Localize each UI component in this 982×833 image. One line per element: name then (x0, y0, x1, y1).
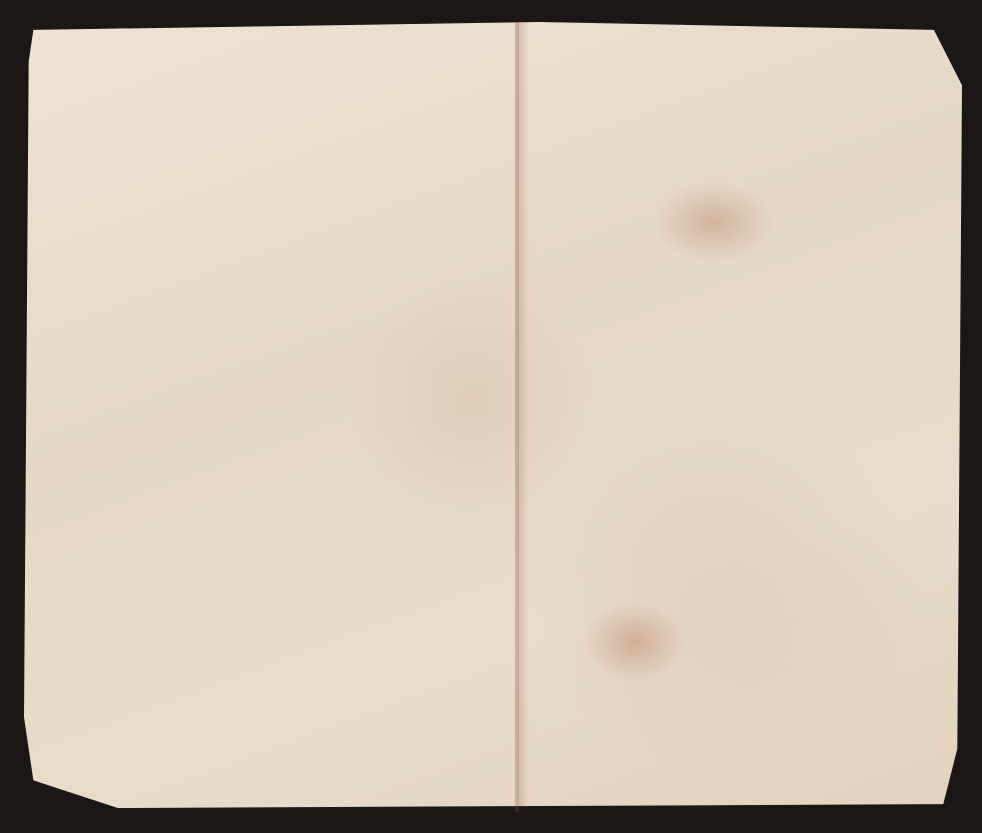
banknote-paper (24, 22, 962, 812)
center-fold (515, 22, 519, 812)
